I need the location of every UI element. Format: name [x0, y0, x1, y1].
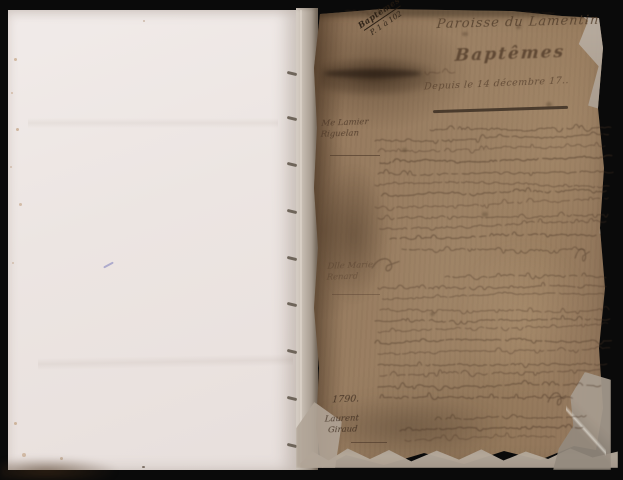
- margin-note-3: 1790. Laurent Giraud: [330, 393, 361, 436]
- speck-stain: [482, 212, 488, 217]
- margin-note-year: 1790.: [332, 393, 361, 405]
- left-page: [8, 10, 296, 470]
- foxing-spot: [14, 422, 17, 425]
- page-crease: [38, 354, 293, 370]
- margin-note-line: Me Lamier: [321, 117, 369, 130]
- speck-stain: [430, 312, 435, 316]
- margin-note-line: Renard: [326, 271, 372, 284]
- margin-note-line: Giraud: [328, 425, 359, 437]
- page-title-baptemes: Baptêmes: [451, 42, 568, 66]
- frame-smear: [0, 458, 115, 480]
- pencil-mark: [103, 262, 114, 269]
- binding-thread: [300, 10, 302, 468]
- page-crease: [28, 118, 278, 128]
- margin-note-1-underline: [330, 155, 380, 156]
- margin-note-line: Riguelan: [320, 128, 368, 141]
- margin-note-3-underline: [351, 442, 387, 443]
- foxing-spot: [11, 92, 13, 94]
- margin-note-2-underline: [332, 294, 380, 295]
- speck-stain: [402, 148, 407, 152]
- foxing-spot: [143, 20, 145, 22]
- speck-stain: [462, 32, 468, 36]
- margin-note-1: Me Lamier Riguelan: [320, 117, 369, 141]
- foxing-spot: [16, 128, 19, 131]
- margin-note-2: Dlle Marie Renard: [326, 260, 373, 284]
- foxing-spot: [22, 453, 26, 457]
- foxing-spot: [14, 58, 17, 61]
- scan-photo: Baptêmes P. 1 à 102 Paroisse du Lamentin…: [0, 0, 623, 480]
- light-patch: [462, 246, 587, 391]
- ink-blotch: [320, 58, 438, 96]
- foxing-spot: [19, 203, 22, 206]
- margin-note-line: Dlle Marie: [327, 260, 373, 273]
- torn-patch-right-edge: [594, 260, 613, 352]
- foxing-spot: [10, 166, 12, 168]
- ink-speck: [142, 466, 145, 468]
- ink-blotch: [324, 69, 422, 78]
- foxing-spot: [12, 262, 14, 264]
- torn-patch-right-edge: [596, 108, 613, 240]
